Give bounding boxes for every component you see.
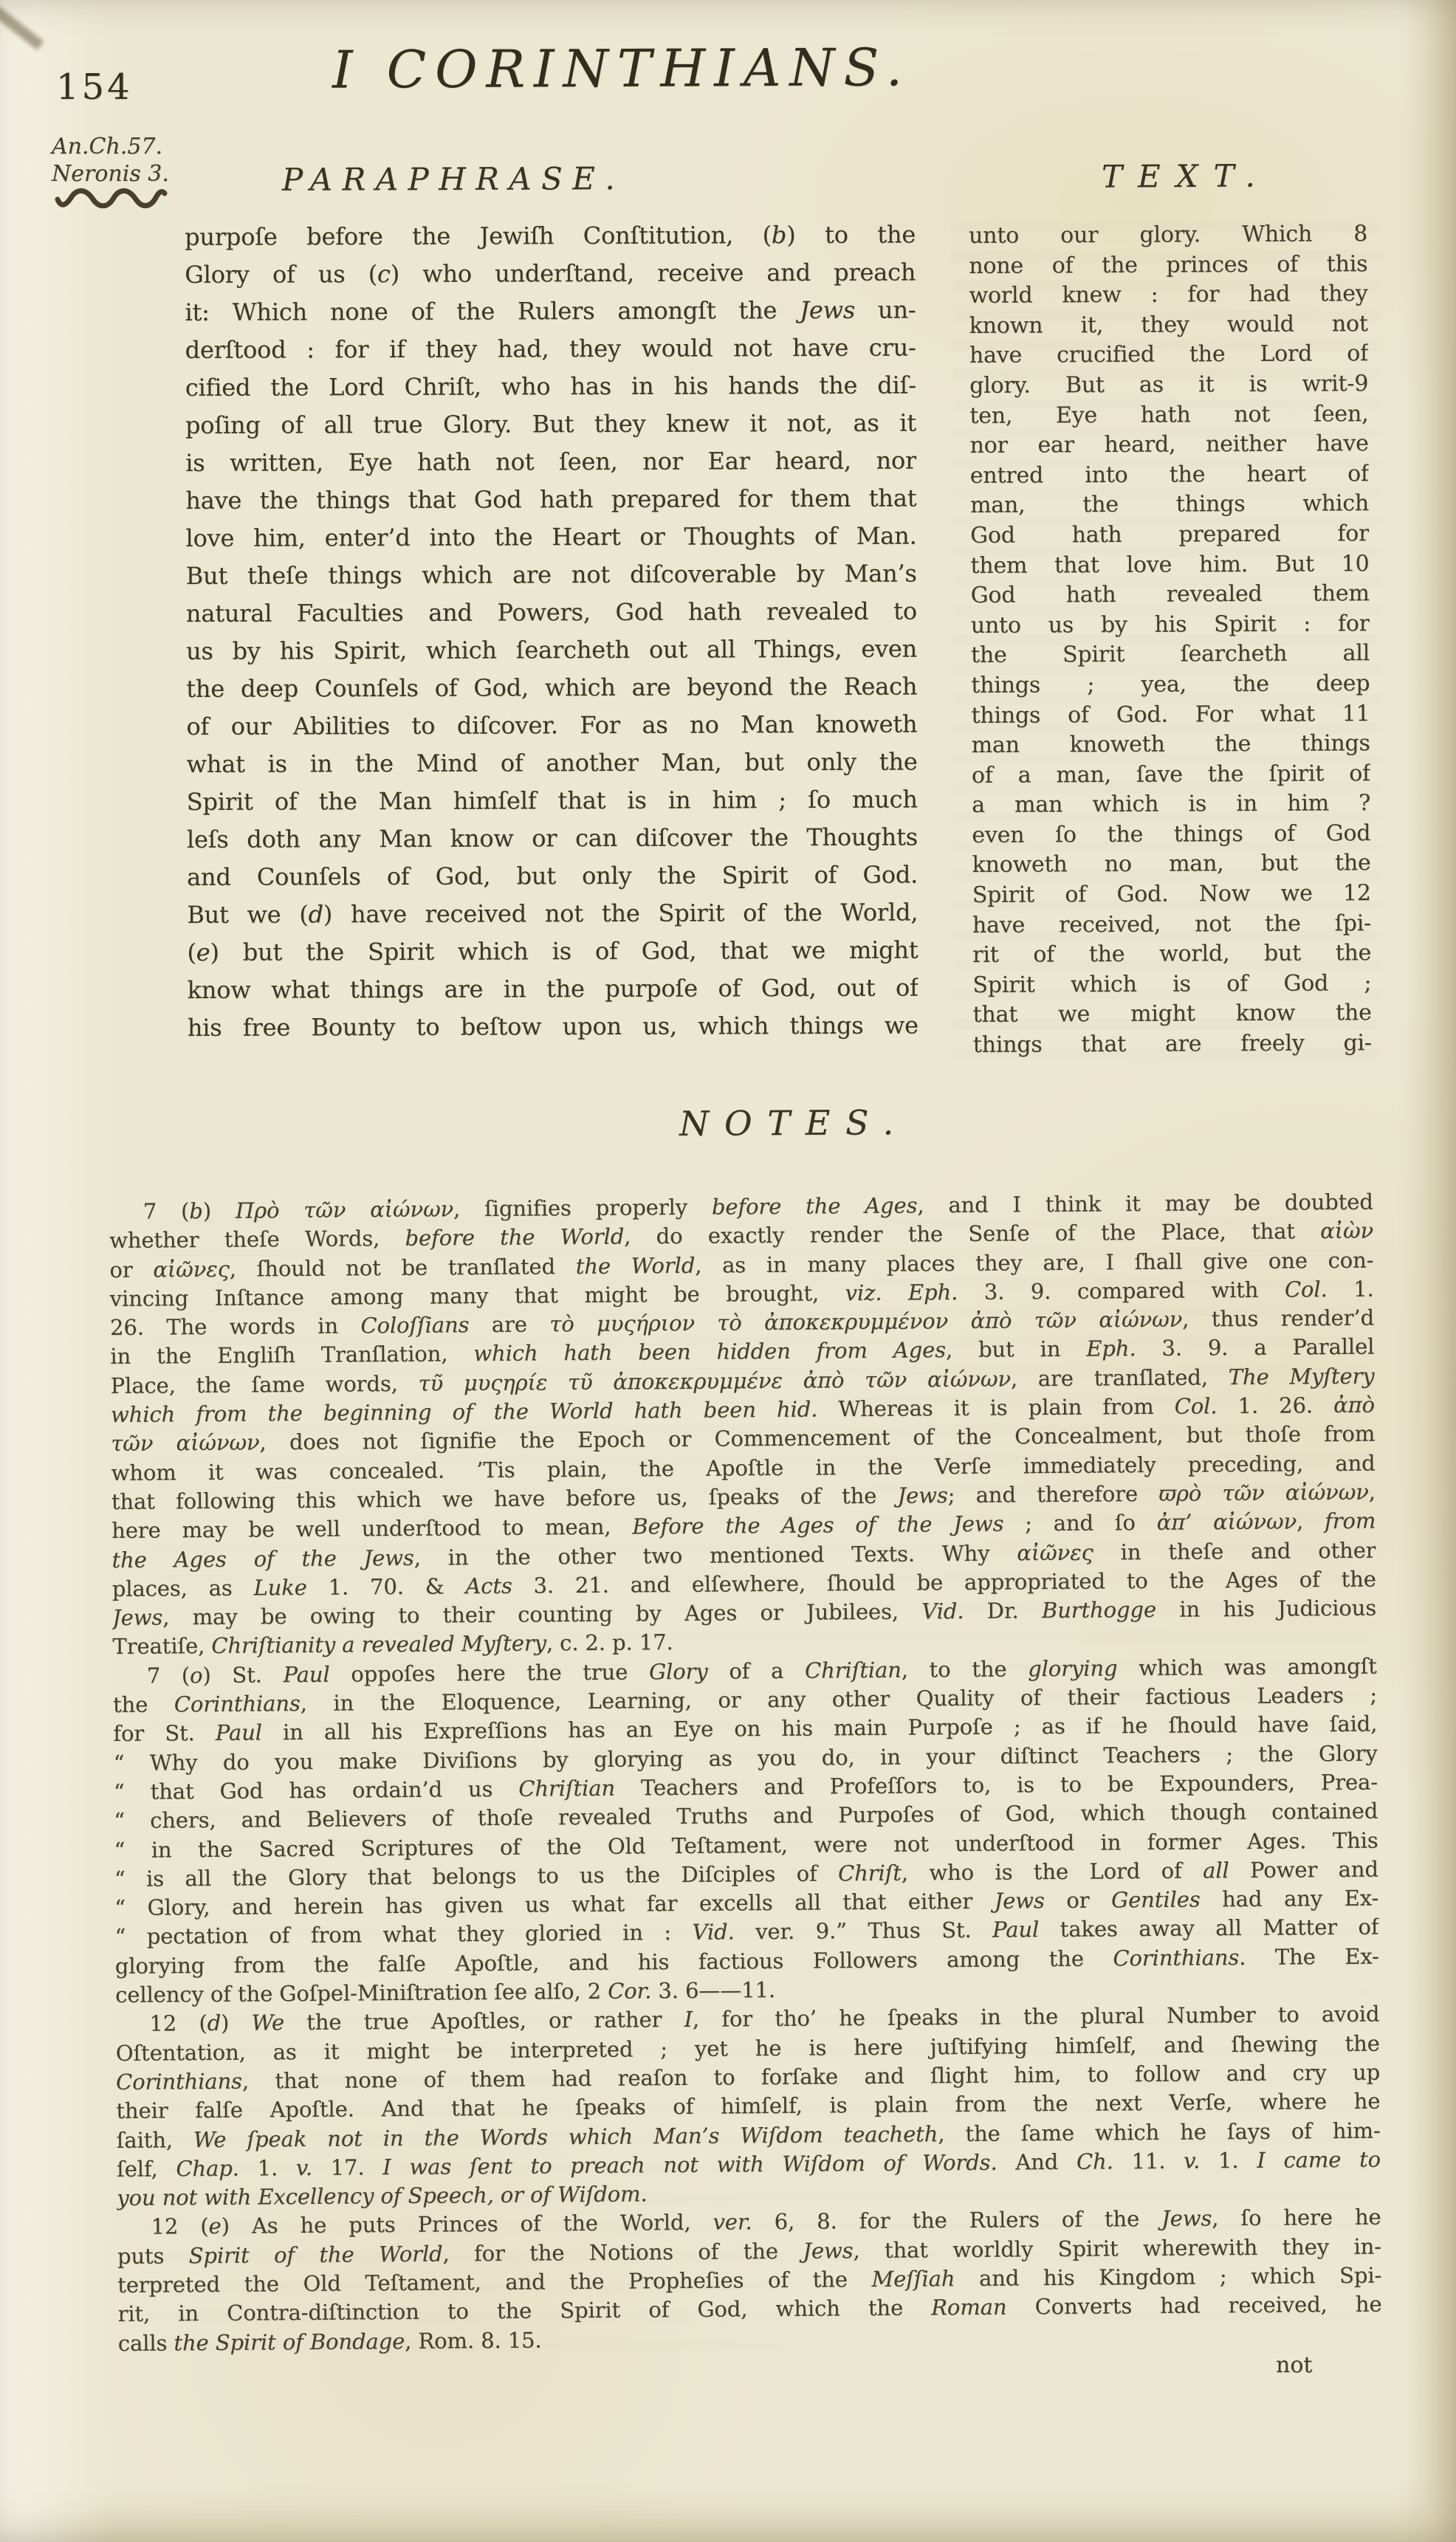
book-page-scan: 154 I CORINTHIANS. An.Ch.57.Neronis 3. P… bbox=[0, 0, 1456, 2542]
paraphrase-heading: PARAPHRASE. bbox=[282, 160, 625, 198]
text-line: have the things that God hath prepared f… bbox=[185, 480, 916, 520]
text-line: natural Faculties and Powers, God hath r… bbox=[186, 593, 917, 633]
text-line: But we (d) have received not the Spirit … bbox=[187, 894, 918, 934]
text-line: man, the things which bbox=[970, 489, 1369, 521]
text-line: know what things are in the purpoſe of G… bbox=[188, 969, 918, 1009]
text-line: known it, they would not bbox=[969, 309, 1368, 341]
text-line: 10.But theſe things which are not diſcov… bbox=[186, 555, 917, 595]
catchword: not bbox=[1276, 2352, 1312, 2378]
text-line: ten, Eye hath not ſeen, bbox=[969, 399, 1368, 431]
paraphrase-column: purpoſe before the Jewiſh Conſtitution, … bbox=[185, 216, 918, 1047]
text-line: God hath revealed them bbox=[971, 579, 1370, 611]
text-line: the Spirit ſearcheth all bbox=[971, 639, 1370, 670]
text-line: a man which is in him ? bbox=[972, 789, 1370, 820]
text-line: them that love him. But 10 bbox=[970, 549, 1369, 581]
text-line: 11.of our Abilities to diſcover. For as … bbox=[186, 706, 917, 746]
notes-heading: NOTES. bbox=[679, 1102, 909, 1144]
text-line: the deep Counſels of God, which are beyo… bbox=[186, 668, 917, 708]
text-line: knoweth no man, but the bbox=[972, 849, 1370, 881]
text-line: love him, enter’d into the Heart or Thou… bbox=[185, 518, 916, 557]
text-line: derſtood : for if they had, they would n… bbox=[185, 329, 916, 369]
notes-section: 7 (b) Πρὸ τῶν αἰώνων, ſignifies properly… bbox=[109, 1188, 1382, 2358]
text-line: have crucified the Lord of bbox=[969, 340, 1368, 371]
text-line: rit of the world, but the bbox=[972, 938, 1371, 970]
text-line: Spirit which is of God ; bbox=[972, 969, 1371, 1000]
text-line: have received, not the ſpi- bbox=[972, 909, 1371, 941]
text-line: even ſo the things of God bbox=[972, 819, 1370, 851]
text-line: and Counſels of God, but only the Spirit… bbox=[187, 856, 918, 896]
text-line: things of God. For what 11 bbox=[971, 699, 1370, 731]
text-line: purpoſe before the Jewiſh Conſtitution, … bbox=[185, 216, 916, 256]
text-line: cified the Lord Chriſt, who has in his h… bbox=[185, 367, 916, 407]
text-line: man knoweth the things bbox=[972, 729, 1370, 760]
text-line: entred into the heart of bbox=[970, 459, 1369, 491]
page-number: 154 bbox=[56, 66, 133, 108]
text-line: things ; yea, the deep bbox=[971, 669, 1370, 701]
margin-flourish-icon bbox=[53, 185, 168, 220]
page-title: I CORINTHIANS. bbox=[332, 37, 911, 100]
text-line: his free Bounty to beſtow upon us, which… bbox=[188, 1007, 918, 1047]
text-line: Neronis 3. bbox=[52, 160, 169, 188]
text-line: is written, Eye hath not ſeen, nor Ear h… bbox=[185, 442, 916, 482]
text-line: that we might know the bbox=[973, 999, 1372, 1031]
text-line: unto us by his Spirit : for bbox=[971, 609, 1370, 641]
text-line: us by his Spirit, which ſearcheth out al… bbox=[186, 631, 917, 670]
text-line: things that are freely gi- bbox=[973, 1028, 1372, 1060]
text-column: unto our glory. Which 8none of the princ… bbox=[969, 219, 1372, 1060]
text-line: world knew : for had they bbox=[969, 279, 1367, 311]
margin-date-note: An.Ch.57.Neronis 3. bbox=[52, 133, 169, 188]
text-line: God hath prepared for bbox=[970, 519, 1369, 551]
text-line: 8.it: Which none of the Rulers amongſt t… bbox=[185, 292, 916, 332]
text-line: (e) but the Spirit which is of God, that… bbox=[187, 932, 918, 972]
text-line: glory. But as it is writ-9 bbox=[969, 369, 1368, 401]
text-line: none of the princes of this bbox=[969, 250, 1367, 281]
text-line: Spirit of God. Now we 12 bbox=[972, 879, 1371, 910]
text-heading: TEXT. bbox=[1102, 157, 1271, 194]
text-line: what is in the Mind of another Man, but … bbox=[186, 743, 917, 783]
text-line: leſs doth any Man know or can diſcover t… bbox=[187, 819, 918, 859]
text-line: Spirit of the Man himſelf that is in him… bbox=[187, 781, 918, 821]
text-line: unto our glory. Which 8 bbox=[969, 219, 1367, 251]
text-line: Glory of us (c) who underſtand, receive … bbox=[185, 254, 916, 294]
text-line: 9.poſing of all true Glory. But they kne… bbox=[185, 405, 916, 444]
text-line: An.Ch.57. bbox=[52, 133, 169, 160]
text-line: nor ear heard, neither have bbox=[969, 429, 1368, 461]
scan-corner-smudge bbox=[0, 2, 44, 50]
text-line: of a man, ſave the ſpirit of bbox=[972, 759, 1370, 791]
